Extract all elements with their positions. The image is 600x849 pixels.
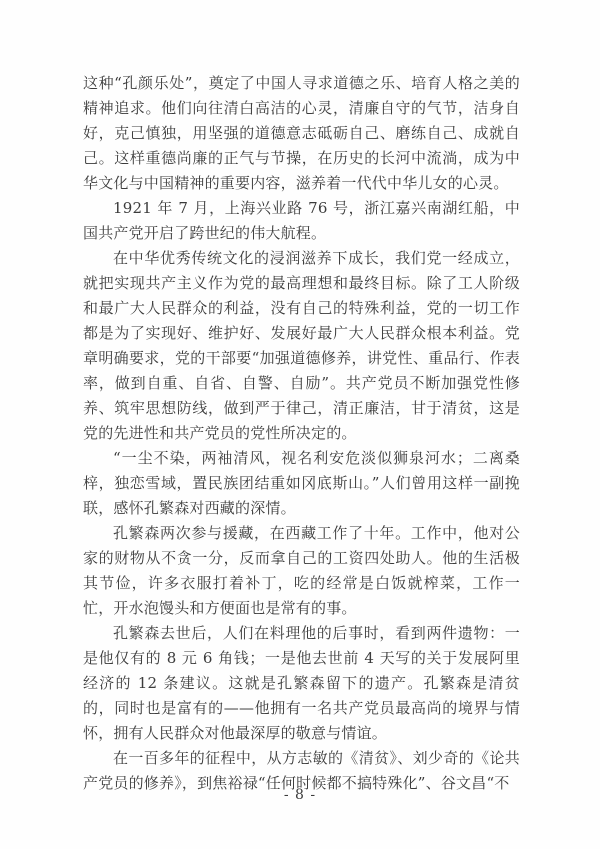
page-number: - 8 - [0, 786, 600, 804]
paragraph: 1921 年 7 月，上海兴业路 76 号，浙江嘉兴南湖红船，中国共产党开启了跨… [83, 196, 520, 246]
paragraph: 在中华优秀传统文化的浸润滋养下成长，我们党一经成立，就把实现共产主义作为党的最高… [83, 246, 520, 446]
document-page: 这种“孔颜乐处”，奠定了中国人寻求道德之乐、培育人格之美的精神追求。他们向往清白… [0, 0, 600, 849]
paragraph: “一尘不染，两袖清风，视名利安危淡似狮泉河水；二离桑梓，独恋雪域，置民族团结重如… [83, 446, 520, 521]
paragraph: 孔繁森去世后，人们在料理他的后事时，看到两件遗物：一是他仅有的 8 元 6 角钱… [83, 621, 520, 746]
paragraph: 这种“孔颜乐处”，奠定了中国人寻求道德之乐、培育人格之美的精神追求。他们向往清白… [83, 71, 520, 196]
document-body: 这种“孔颜乐处”，奠定了中国人寻求道德之乐、培育人格之美的精神追求。他们向往清白… [83, 71, 520, 796]
paragraph: 孔繁森两次参与援藏，在西藏工作了十年。工作中，他对公家的财物从不贪一分，反而拿自… [83, 521, 520, 621]
